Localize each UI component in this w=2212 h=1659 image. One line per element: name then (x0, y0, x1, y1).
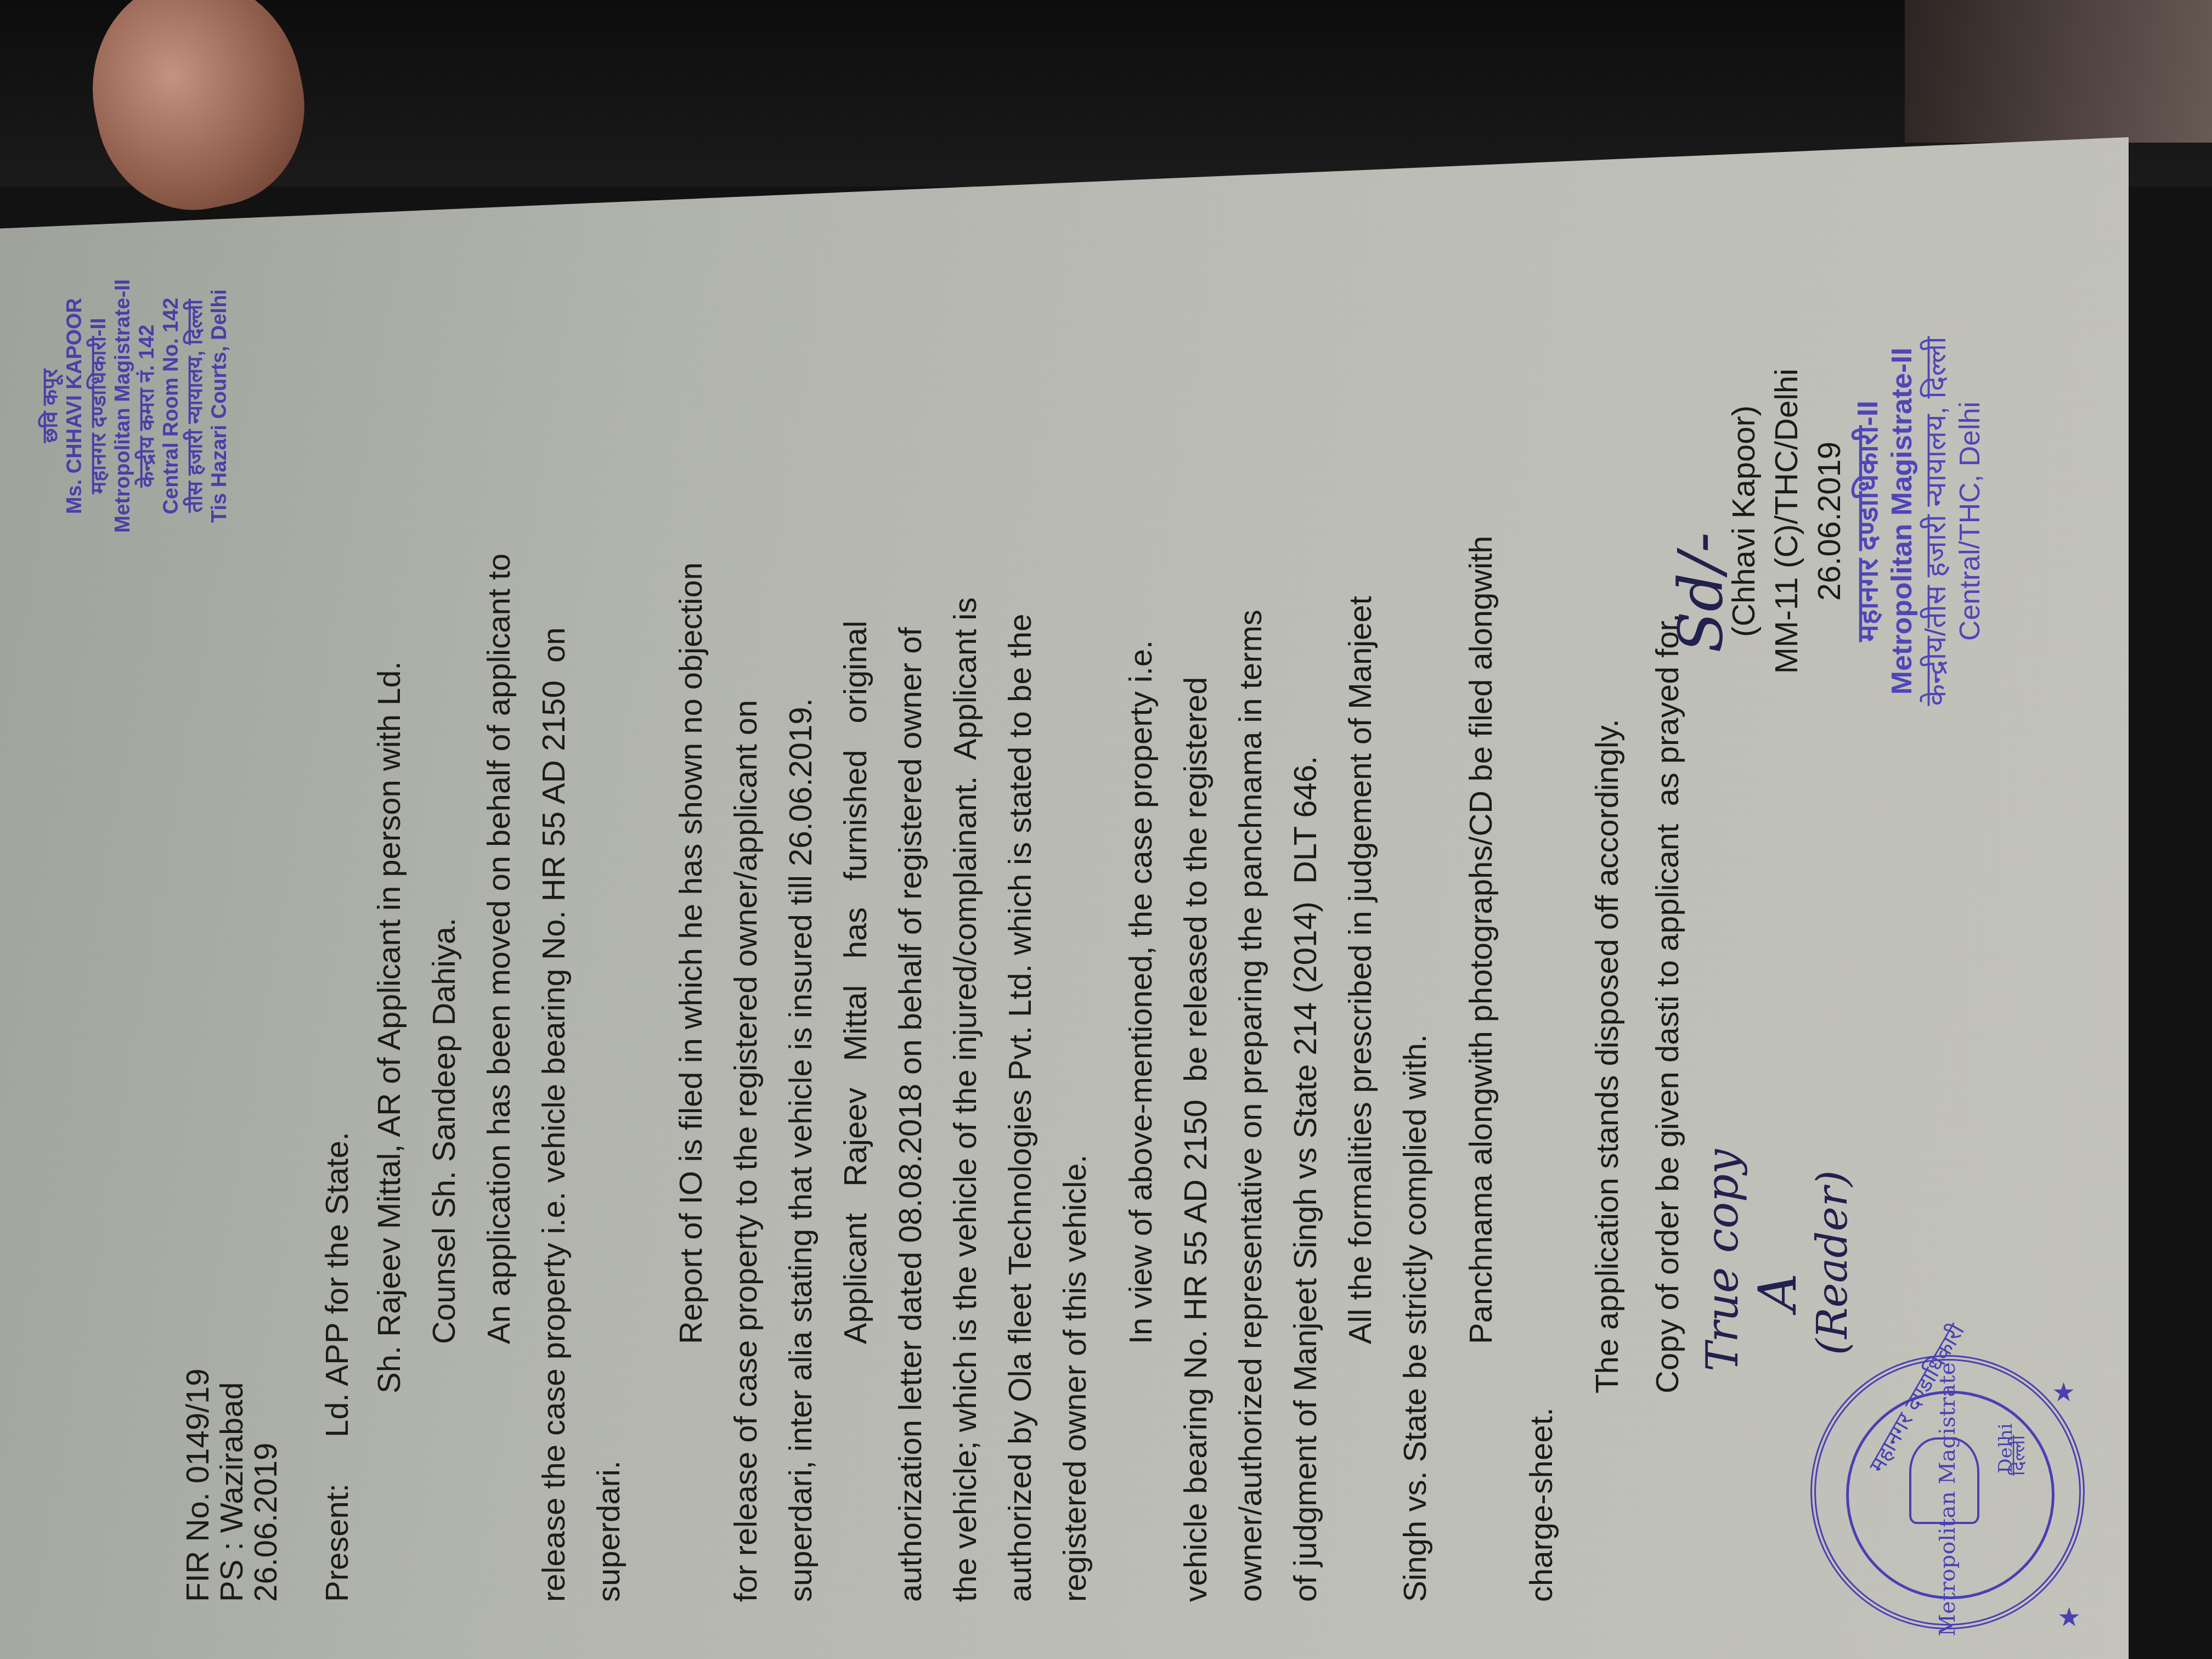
stamp-line: छवि कपूर (38, 208, 63, 603)
signatory-designation: MM-11 (C)/THC/Delhi (1765, 274, 1808, 768)
paragraph-line: owner/authorized representative on prepa… (1223, 610, 1278, 1602)
paragraph-line: superdari. (582, 1460, 636, 1602)
star-icon: ★ (2057, 1602, 2081, 1633)
paragraph-line: Applicant Rajeev Mittal has furnished or… (828, 620, 883, 1344)
true-copy-reader: (Reader) (1805, 1170, 1860, 1355)
order-date: 26.06.2019 (249, 1368, 283, 1602)
star-icon: ★ (2052, 1377, 2075, 1408)
true-copy-initial: A (1750, 1273, 1805, 1311)
signature-stamp-line: Metropolitan Magistrate-II (1885, 274, 1919, 768)
signature-date: 26.06.2019 (1808, 274, 1851, 768)
paragraph-line: release the case property i.e. vehicle b… (527, 628, 582, 1602)
magistrate-stamp: छवि कपूर Ms. CHHAVI KAPOOR महानगर दण्डाध… (38, 208, 232, 603)
paragraph-line: vehicle bearing No. HR 55 AD 2150 be rel… (1169, 677, 1223, 1602)
fir-number: FIR No. 0149/19 (181, 1368, 215, 1602)
paragraph-line: superdari, inter alia stating that vehic… (774, 698, 828, 1602)
paragraph-line: Report of IO is filed in which he has sh… (664, 562, 719, 1344)
true-copy-note: True copy (1695, 1149, 1750, 1372)
paragraph-line: Panchnama alongwith photographs/CD be fi… (1454, 535, 1509, 1344)
paragraph-line: In view of above-mentioned, the case pro… (1114, 640, 1169, 1344)
paragraph-line: All the formalities prescribed in judgem… (1333, 596, 1388, 1344)
stamp-line: Tis Hazari Courts, Delhi (207, 208, 232, 603)
signatory-name: (Chhavi Kapoor) (1723, 274, 1765, 768)
seal-text-english: Metropolitan Magistrate (1935, 1362, 1960, 1637)
signature-stamp-line: Central/THC, Delhi (1953, 274, 1987, 768)
paragraph-line: An application has been moved on behalf … (472, 554, 527, 1344)
present-line: Ld. APP for the State. (310, 1132, 365, 1437)
case-header: FIR No. 0149/19 PS : Wazirabad 26.06.201… (181, 1368, 283, 1602)
seal-center-hindi: दिल्ली (2005, 1435, 2030, 1476)
present-line: Sh. Rajeev Mittal, AR of Applicant in pe… (362, 661, 417, 1393)
stamp-line: Metropolitan Magistrate-II (111, 208, 135, 603)
signature-block: (Chhavi Kapoor) MM-11 (C)/THC/Delhi 26.0… (1723, 274, 1987, 768)
paragraph-line: the vehicle; which is the vehicle of the… (938, 597, 993, 1602)
round-seal: महानगर दण्डाधिकारी Metropolitan Magistra… (1810, 1355, 2085, 1629)
stamp-line: Ms. CHHAVI KAPOOR (63, 208, 87, 603)
paragraph-line: registered owner of this vehicle. (1048, 1154, 1103, 1602)
police-station: PS : Wazirabad (215, 1368, 249, 1602)
signature-stamp-line: केन्द्रीय/तीस हजारी न्यायालय, दिल्ली (1919, 274, 1953, 768)
stamp-line: Central Room No. 142 (159, 208, 183, 603)
court-order-document: छवि कपूर Ms. CHHAVI KAPOOR महानगर दण्डाध… (181, 121, 1827, 1602)
handwritten-signature: Sd/- (1673, 532, 1728, 653)
paragraph-line: Singh vs. State be strictly complied wit… (1388, 1034, 1443, 1602)
stamp-line: तीस हजारी न्यायालय, दिल्ली (183, 208, 207, 603)
closing-line: The application stands disposed off acco… (1580, 719, 1635, 1394)
paragraph-line: authorization letter dated 08.08.2018 on… (883, 627, 938, 1602)
stamp-line: केन्द्रीय कमरा नं. 142 (135, 208, 159, 603)
background-calendar (1905, 0, 2212, 143)
paragraph-line: of judgment of Manjeet Singh vs State 21… (1278, 756, 1333, 1602)
present-line: Counsel Sh. Sandeep Dahiya. (417, 918, 472, 1344)
stamp-line: महानगर दण्डाधिकारी-II (87, 208, 111, 603)
paragraph-line: authorized by Ola fleet Technologies Pvt… (993, 614, 1048, 1602)
present-label: Present: (310, 1483, 365, 1602)
signature-stamp-line: महानगर दण्डाधिकारी-II (1851, 274, 1885, 768)
closing-line: Copy of order be given dasti to applican… (1640, 613, 1695, 1393)
paragraph-line: charge-sheet. (1514, 1407, 1569, 1602)
paragraph-line: for release of case property to the regi… (719, 700, 774, 1602)
